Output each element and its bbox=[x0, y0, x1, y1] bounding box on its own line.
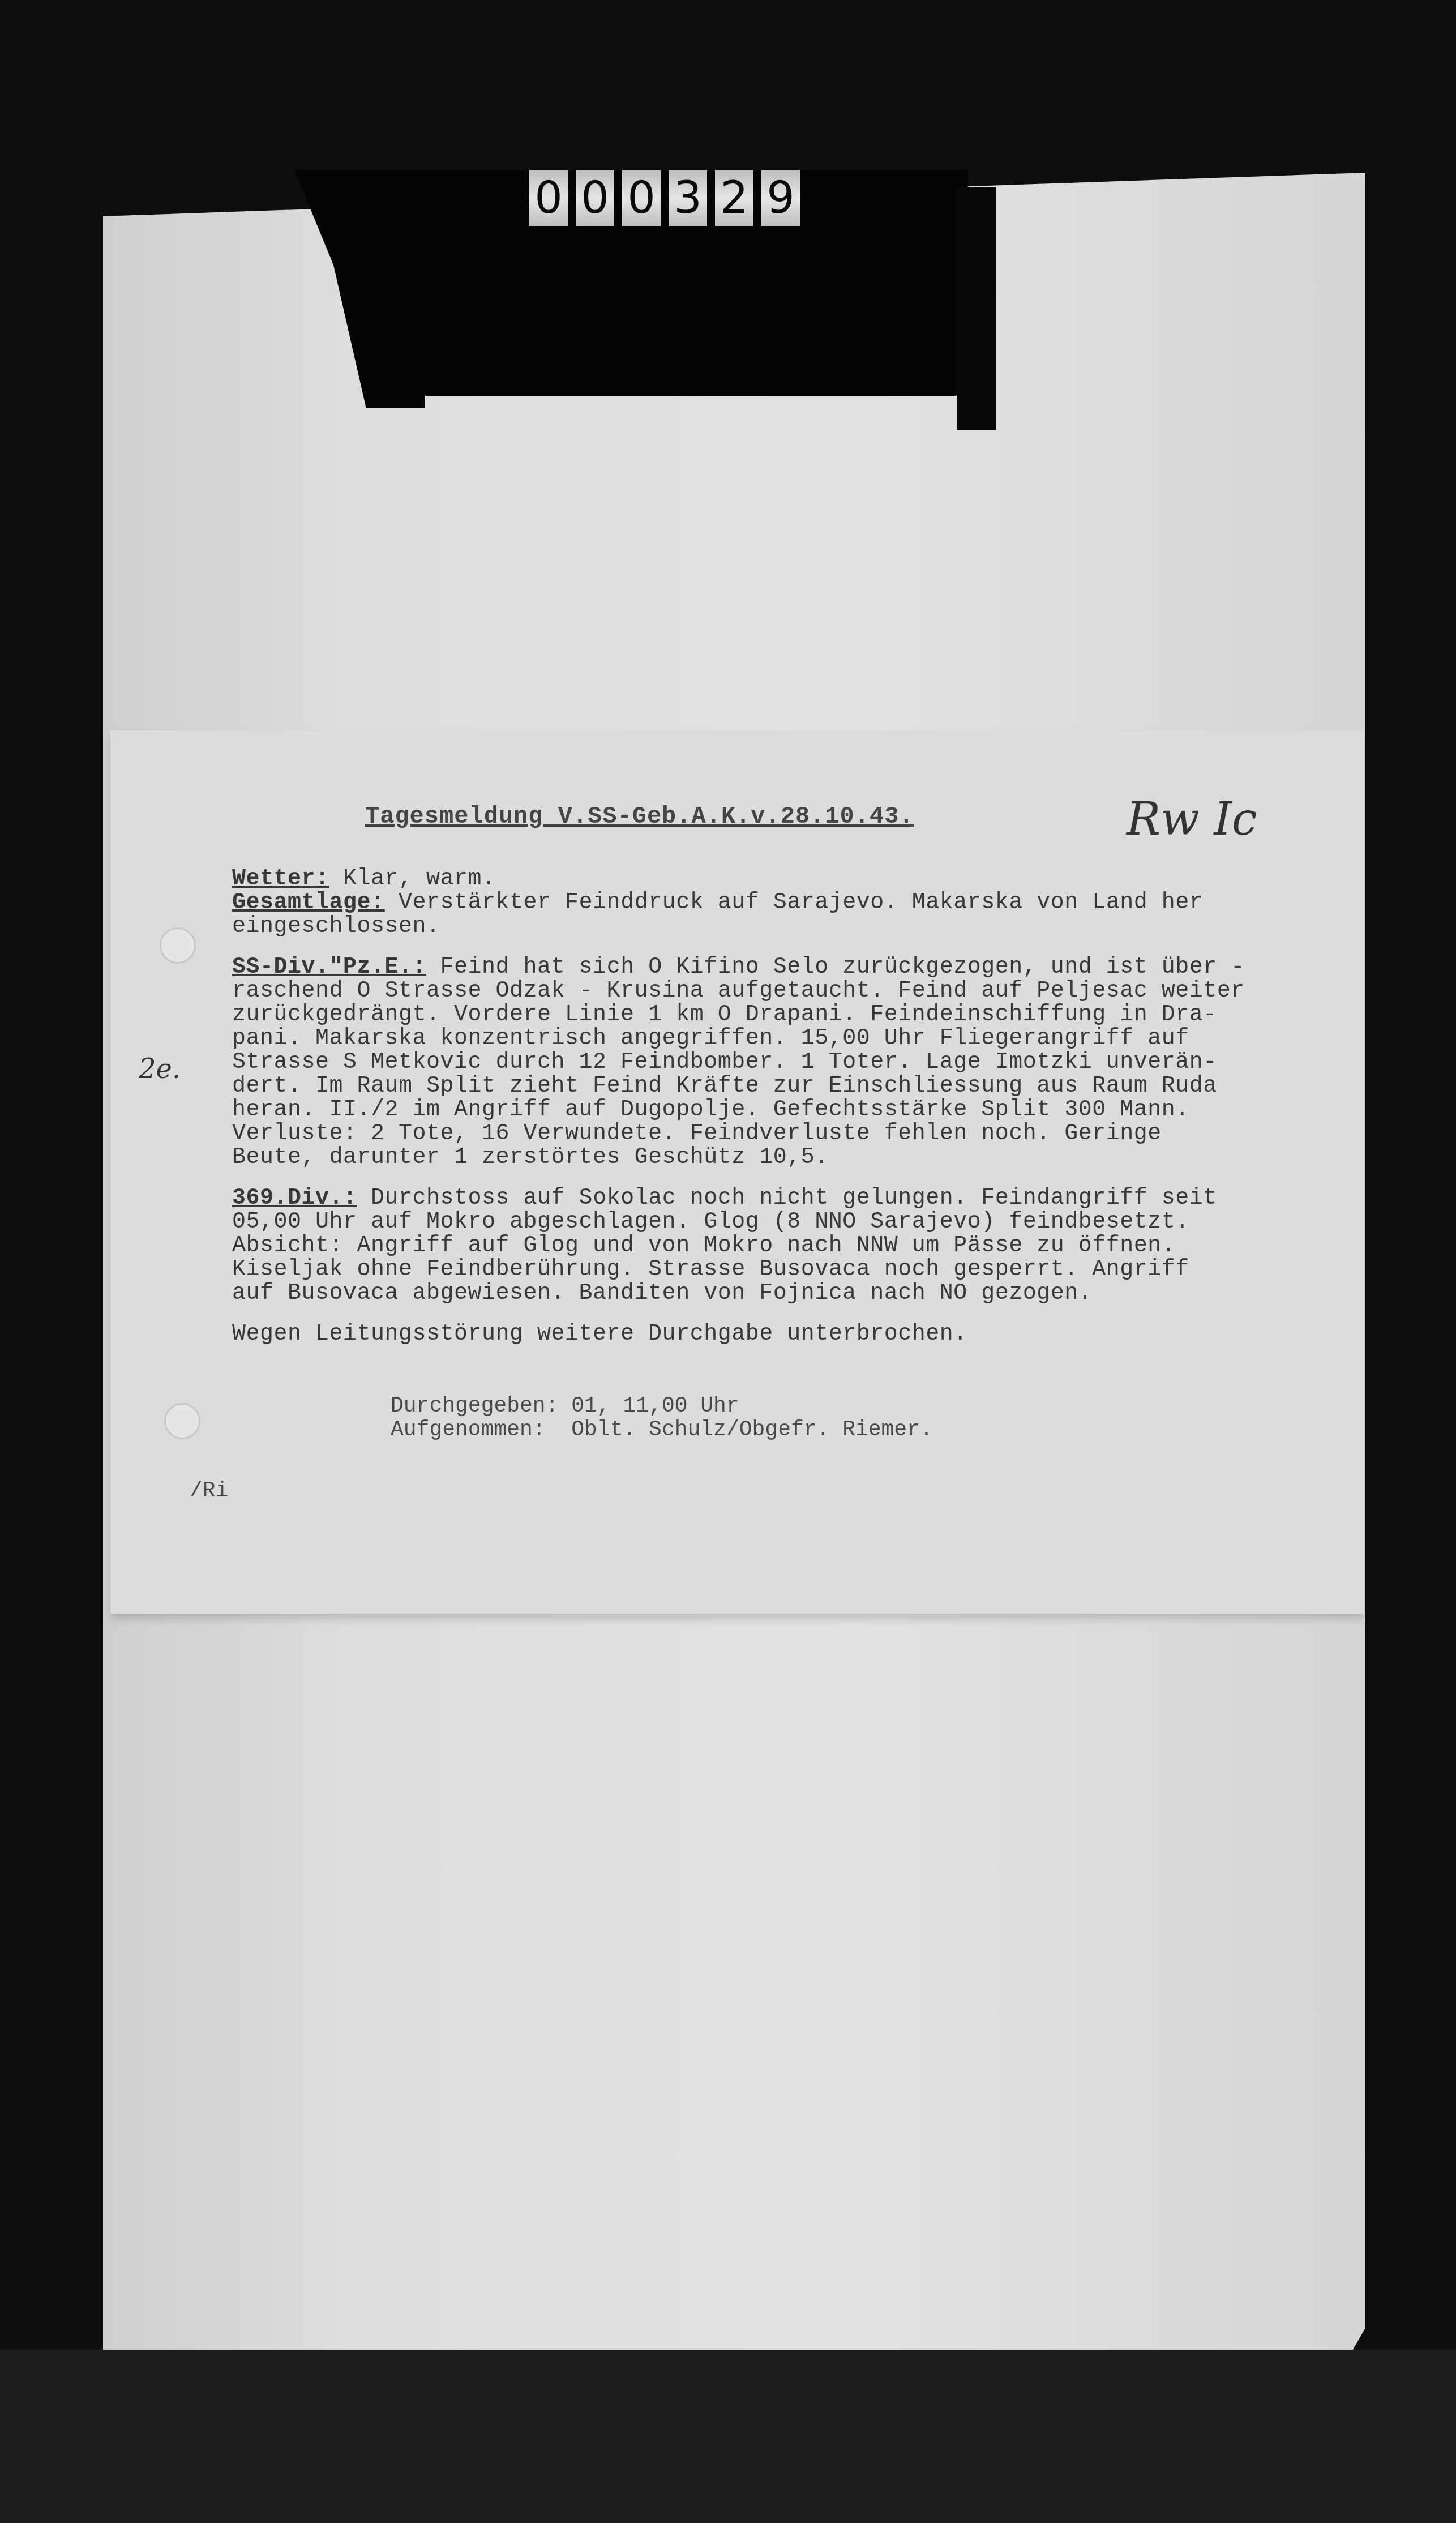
report-sheet bbox=[110, 730, 1364, 1614]
received-line: Aufgenommen: Oblt. Schulz/Obgefr. Riemer… bbox=[391, 1418, 933, 1442]
div369-line: auf Busovaca abgewiesen. Banditen von Fo… bbox=[232, 1281, 1092, 1306]
overall-text: Verstärkter Feinddruck auf Sarajevo. Mak… bbox=[399, 890, 1203, 916]
overall-label: Gesamtlage: bbox=[232, 890, 385, 916]
handwritten-corner-note: Rw Ic bbox=[1127, 793, 1257, 845]
div369-line: Absicht: Angriff auf Glog und von Mokro … bbox=[232, 1233, 1175, 1259]
ss-division-line: zurückgedrängt. Vordere Linie 1 km O Dra… bbox=[232, 1002, 1217, 1028]
ss-division-line: pani. Makarska konzentrisch angegriffen.… bbox=[232, 1026, 1189, 1051]
document-title: Tagesmeldung V.SS-Geb.A.K.v.28.10.43. bbox=[365, 803, 914, 830]
punch-hole bbox=[164, 1403, 200, 1439]
transmitted-value: 01, 11,00 Uhr bbox=[571, 1394, 739, 1418]
weather-text: Klar, warm. bbox=[343, 866, 496, 892]
received-label: Aufgenommen: bbox=[391, 1418, 546, 1442]
film-border-bottom bbox=[0, 2350, 1456, 2523]
transmitted-line: Durchgegeben: 01, 11,00 Uhr bbox=[391, 1394, 739, 1418]
ss-division-line: Verluste: 2 Tote, 16 Verwundete. Feindve… bbox=[232, 1121, 1162, 1147]
weather-line: Wetter: Klar, warm. bbox=[232, 866, 496, 892]
div369-line: 05,00 Uhr auf Mokro abgeschlagen. Glog (… bbox=[232, 1209, 1189, 1235]
counter-digit: 3 bbox=[669, 170, 707, 226]
div369-line: Kiseljak ohne Feindberührung. Strasse Bu… bbox=[232, 1257, 1189, 1282]
counter-digit: 0 bbox=[622, 170, 661, 226]
div369-line: 369.Div.: Durchstoss auf Sokolac noch ni… bbox=[232, 1186, 1217, 1211]
interruption-note: Wegen Leitungsstörung weitere Durchgabe … bbox=[232, 1322, 967, 1347]
ss-division-label: SS-Div."Pz.E.: bbox=[232, 955, 426, 980]
div369-text: Durchstoss auf Sokolac noch nicht gelung… bbox=[371, 1186, 1217, 1211]
received-value: Oblt. Schulz/Obgefr. Riemer. bbox=[571, 1418, 933, 1442]
typist-initials: /Ri bbox=[190, 1479, 228, 1503]
margin-note: 2e. bbox=[139, 1053, 181, 1085]
ss-division-line: Strasse S Metkovic durch 12 Feindbomber.… bbox=[232, 1050, 1217, 1075]
counter-digit: 9 bbox=[761, 170, 800, 226]
counter-digit: 2 bbox=[715, 170, 753, 226]
transmitted-label: Durchgegeben: bbox=[391, 1394, 558, 1418]
frame-counter: 0 0 0 3 2 9 bbox=[529, 170, 800, 226]
weather-label: Wetter: bbox=[232, 866, 329, 892]
ss-division-line: SS-Div."Pz.E.: Feind hat sich O Kifino S… bbox=[232, 955, 1245, 980]
overall-line: eingeschlossen. bbox=[232, 914, 440, 939]
overall-line: Gesamtlage: Verstärkter Feinddruck auf S… bbox=[232, 890, 1203, 916]
punch-hole bbox=[160, 927, 196, 964]
div369-label: 369.Div.: bbox=[232, 1186, 357, 1211]
ss-division-line: heran. II./2 im Angriff auf Dugopolje. G… bbox=[232, 1097, 1189, 1123]
ss-division-text: Feind hat sich O Kifino Selo zurückgezog… bbox=[440, 955, 1245, 980]
ss-division-line: dert. Im Raum Split zieht Feind Kräfte z… bbox=[232, 1074, 1217, 1099]
counter-bar bbox=[957, 187, 996, 430]
counter-digit: 0 bbox=[576, 170, 614, 226]
counter-digit: 0 bbox=[529, 170, 568, 226]
ss-division-line: Beute, darunter 1 zerstörtes Geschütz 10… bbox=[232, 1145, 829, 1170]
ss-division-line: raschend O Strasse Odzak - Krusina aufge… bbox=[232, 978, 1245, 1004]
